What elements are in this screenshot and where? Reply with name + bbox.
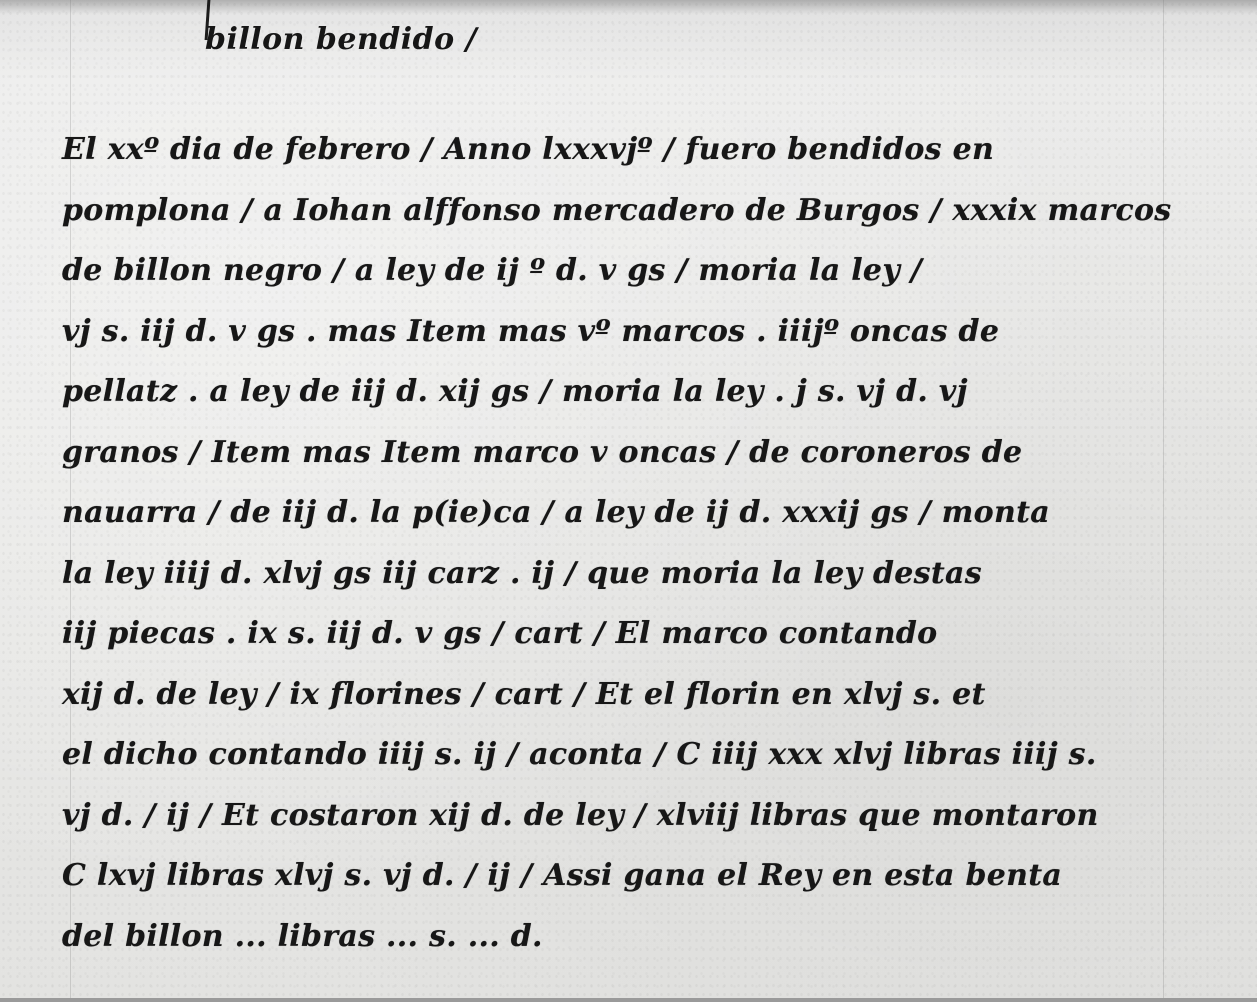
page-bottom-edge xyxy=(0,998,1257,1002)
manuscript-line-3: de billon negro / a ley de ij º d. v gs … xyxy=(62,249,1172,310)
manuscript-line-2: pomplona / a Iohan alffonso mercadero de… xyxy=(62,189,1172,250)
manuscript-heading: billon bendido / xyxy=(205,22,477,57)
manuscript-line-1: El xxº dia de febrero / Anno lxxxvjº / f… xyxy=(62,128,1172,189)
manuscript-line-10: xij d. de ley / ix florines / cart / Et … xyxy=(62,673,1172,734)
manuscript-text-block: El xxº dia de febrero / Anno lxxxvjº / f… xyxy=(62,128,1172,975)
manuscript-line-7: nauarra / de iij d. la p(ie)ca / a ley d… xyxy=(62,491,1172,552)
manuscript-line-12: vj d. / ij / Et costaron xij d. de ley /… xyxy=(62,794,1172,855)
manuscript-line-11: el dicho contando iiij s. ij / aconta / … xyxy=(62,733,1172,794)
manuscript-page: billon bendido / El xxº dia de febrero /… xyxy=(0,0,1257,1002)
manuscript-line-6: granos / Item mas Item marco v oncas / d… xyxy=(62,431,1172,492)
page-top-edge xyxy=(0,0,1257,14)
manuscript-line-9: iij piecas . ix s. iij d. v gs / cart / … xyxy=(62,612,1172,673)
manuscript-line-14: del billon ... libras ... s. ... d. xyxy=(62,915,1172,976)
manuscript-line-4: vj s. iij d. v gs . mas Item mas vº marc… xyxy=(62,310,1172,371)
manuscript-line-13: C lxvj libras xlvj s. vj d. / ij / Assi … xyxy=(62,854,1172,915)
manuscript-line-8: la ley iiij d. xlvj gs iij carz . ij / q… xyxy=(62,552,1172,613)
manuscript-line-5: pellatz . a ley de iij d. xij gs / moria… xyxy=(62,370,1172,431)
